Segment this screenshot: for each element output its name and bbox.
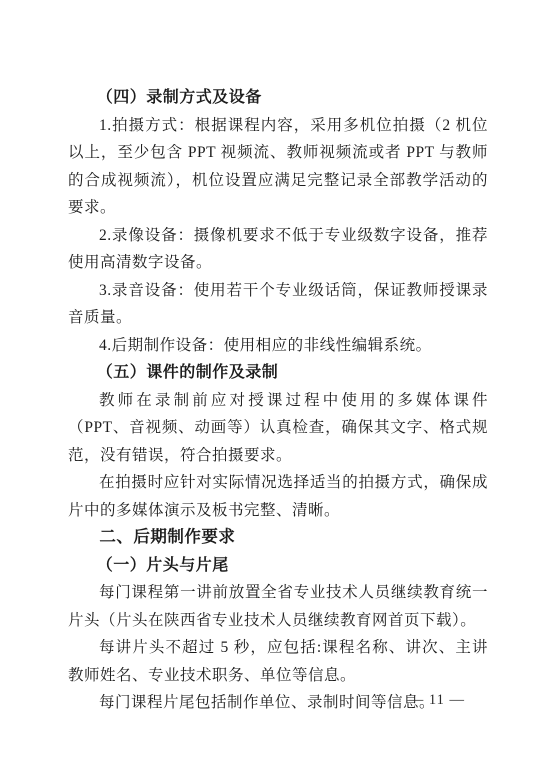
paragraph-opening-title: 每门课程第一讲前放置全省专业技术人员继续教育统一片头（片头在陕西省专业技术人员继… [68, 579, 488, 634]
document-body: （四）录制方式及设备 1.拍摄方式：根据课程内容，采用多机位拍摄（2 机位以上，… [68, 84, 488, 717]
section-heading-courseware: （五）课件的制作及录制 [68, 359, 488, 387]
paragraph-title-duration: 每讲片头不超过 5 秒，应包括:课程名称、讲次、主讲教师姓名、专业技术职务、单位… [68, 634, 488, 689]
paragraph-shooting-method: 1.拍摄方式：根据课程内容，采用多机位拍摄（2 机位以上，至少包含 PPT 视频… [68, 112, 488, 222]
section-heading-recording-method: （四）录制方式及设备 [68, 84, 488, 112]
page-number: — 11 — [409, 692, 465, 709]
paragraph-audio-equipment: 3.录音设备：使用若干个专业级话筒，保证教师授课录音质量。 [68, 277, 488, 332]
paragraph-postproduction-equipment: 4.后期制作设备：使用相应的非线性编辑系统。 [68, 332, 488, 360]
section-heading-title-credits: （一）片头与片尾 [68, 552, 488, 580]
paragraph-courseware-check: 教师在录制前应对授课过程中使用的多媒体课件（PPT、音视频、动画等）认真检查，确… [68, 387, 488, 470]
chapter-heading-postproduction: 二、后期制作要求 [68, 524, 488, 552]
paragraph-video-equipment: 2.录像设备：摄像机要求不低于专业级数字设备，推荐使用高清数字设备。 [68, 222, 488, 277]
document-page: （四）录制方式及设备 1.拍摄方式：根据课程内容，采用多机位拍摄（2 机位以上，… [0, 0, 553, 783]
paragraph-shooting-choice: 在拍摄时应针对实际情况选择适当的拍摄方式，确保成片中的多媒体演示及板书完整、清晰… [68, 469, 488, 524]
